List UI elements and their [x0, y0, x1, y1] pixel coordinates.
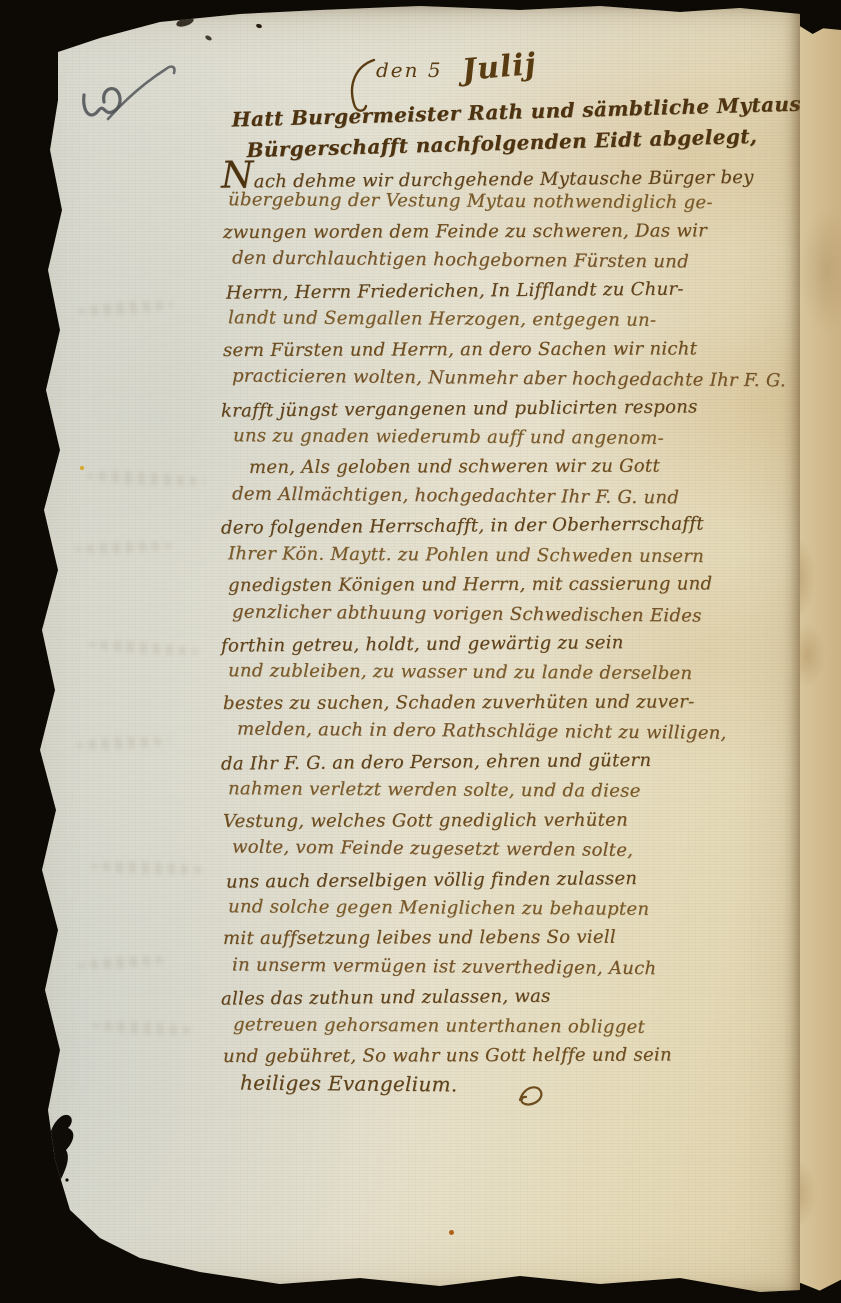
showthrough-smudge [86, 469, 207, 488]
body-line: uns auch derselbigen völlig finden zulas… [226, 862, 821, 897]
body-line: übergebung der Vestung Mytau nothwendigl… [228, 186, 828, 219]
body-line: Ihrer Kön. Maytt. zu Pohlen und Schweden… [228, 539, 828, 572]
showthrough-smudge [76, 735, 170, 752]
body-line: da Ihr F. G. an dero Person, ehren und g… [221, 744, 821, 779]
heading-month: Julij [460, 47, 537, 88]
body-line: Vestung, welches Gott gnediglich verhüte… [223, 805, 823, 837]
body-line: zwungen worden dem Feinde zu schweren, D… [223, 216, 823, 248]
body-line: und gebühret, So wahr uns Gott helffe un… [223, 1040, 823, 1072]
showthrough-smudge [90, 860, 208, 876]
showthrough-smudge [78, 954, 169, 971]
body-line: getreuen gehorsamen unterthanen obligget [233, 1010, 828, 1043]
pencil-stroke-icon [74, 57, 204, 157]
body-line: dero folgenden Herrschafft, in der Oberh… [221, 509, 821, 544]
speck [175, 15, 195, 28]
heading-date: den 5 Julij [348, 50, 536, 85]
speck [255, 23, 262, 29]
closing-flourish-icon [514, 1080, 548, 1110]
showthrough-smudge [78, 299, 175, 318]
intro-block: Hatt Burgermeister Rath und sämbtliche M… [231, 87, 841, 166]
body-line: Herrn, Herrn Friederichen, In Lifflandt … [226, 273, 821, 308]
heading-day: den 5 [376, 58, 443, 82]
body-line: sern Fürsten und Herrn, an dero Sachen w… [223, 334, 823, 366]
speck [80, 466, 84, 470]
ink-blot [32, 1110, 96, 1202]
body-line: nahmen verletzt werden solte, und da die… [228, 774, 828, 807]
body-line: mit auffsetzung leibes und lebens So vie… [223, 922, 823, 954]
body-line: wolte, vom Feinde zugesetzt werden solte… [232, 833, 832, 868]
scan-background: den 5 Julij Hatt Burgermeister Rath und … [0, 0, 841, 1303]
body-line: alles das zuthun und zulassen, was [221, 980, 821, 1015]
showthrough-smudge [516, 562, 666, 752]
body-line: und solche gegen Meniglichen zu behaupte… [228, 892, 828, 925]
showthrough-smudge [74, 540, 174, 554]
body-line: landt und Semgallen Herzogen, entgegen u… [228, 303, 828, 336]
folio-pencil-mark [74, 57, 204, 157]
speck [449, 1230, 454, 1235]
showthrough-smudge [88, 638, 201, 658]
manuscript-page: den 5 Julij Hatt Burgermeister Rath und … [16, 2, 800, 1297]
showthrough-smudge [486, 382, 616, 502]
speck [204, 35, 212, 42]
showthrough-smudge [92, 1019, 196, 1036]
